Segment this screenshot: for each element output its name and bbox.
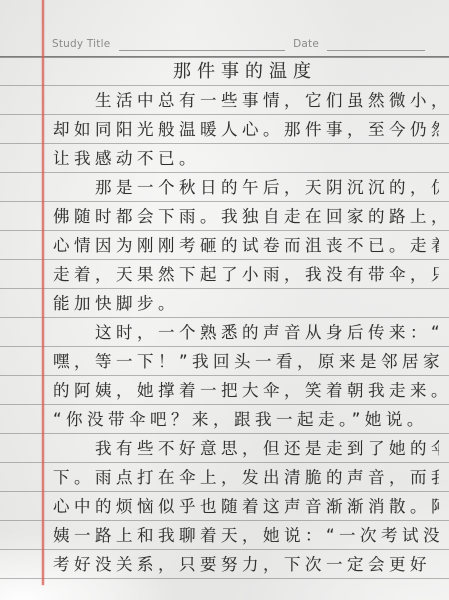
essay-line: 我有些不好意思，但还是走到了她的伞: [53, 434, 439, 463]
essay-title: 那件事的温度: [53, 58, 437, 87]
essay-line: 下。雨点打在伞上，发出清脆的声音，而我: [53, 463, 439, 492]
essay-line: 心中的烦恼似乎也随着这声音渐渐消散。阿: [53, 492, 439, 521]
essay-line: “你没带伞吧？来，跟我一起走。”她说。: [53, 405, 439, 434]
essay-line: 那是一个秋日的午后，天阴沉沉的，仿: [53, 173, 439, 202]
essay-line: 嘿，等一下！”我回头一看，原来是邻居家: [53, 347, 439, 376]
study-title-blank-line: [119, 37, 285, 51]
essay-line: 心情因为刚刚考砸的试卷而沮丧不已。走着: [53, 231, 439, 260]
essay-line: 佛随时都会下雨。我独自走在回家的路上，: [53, 202, 439, 231]
essay-line: 的阿姨，她撑着一把大伞，笑着朝我走来。: [53, 376, 439, 405]
red-margin-line: [42, 0, 44, 585]
essay-body: 生活中总有一些事情，它们虽然微小， 却如同阳光般温暖人心。那件事，至今仍然 让我…: [53, 86, 439, 580]
essay-line: 却如同阳光般温暖人心。那件事，至今仍然: [53, 115, 439, 144]
page-header: Study Title Date: [52, 33, 425, 51]
date-label: Date: [293, 38, 319, 51]
notebook-page: Study Title Date 那件事的温度 生活中总有一些事情，它们虽然微小…: [0, 0, 449, 600]
essay-line: 姨一路上和我聊着天，她说：“一次考试没: [53, 521, 439, 550]
essay-line: 让我感动不已。: [53, 144, 439, 173]
essay-line: 能加快脚步。: [53, 289, 439, 318]
essay-line: 生活中总有一些事情，它们虽然微小，: [53, 86, 439, 115]
essay-line: 走着，天果然下起了小雨，我没有带伞，只: [53, 260, 439, 289]
date-blank-line: [327, 37, 425, 51]
essay-line: 考好没关系，只要努力，下次一定会更好: [53, 550, 439, 579]
essay-line: 这时，一个熟悉的声音从身后传来：“: [53, 318, 439, 347]
study-title-label: Study Title: [52, 38, 110, 51]
